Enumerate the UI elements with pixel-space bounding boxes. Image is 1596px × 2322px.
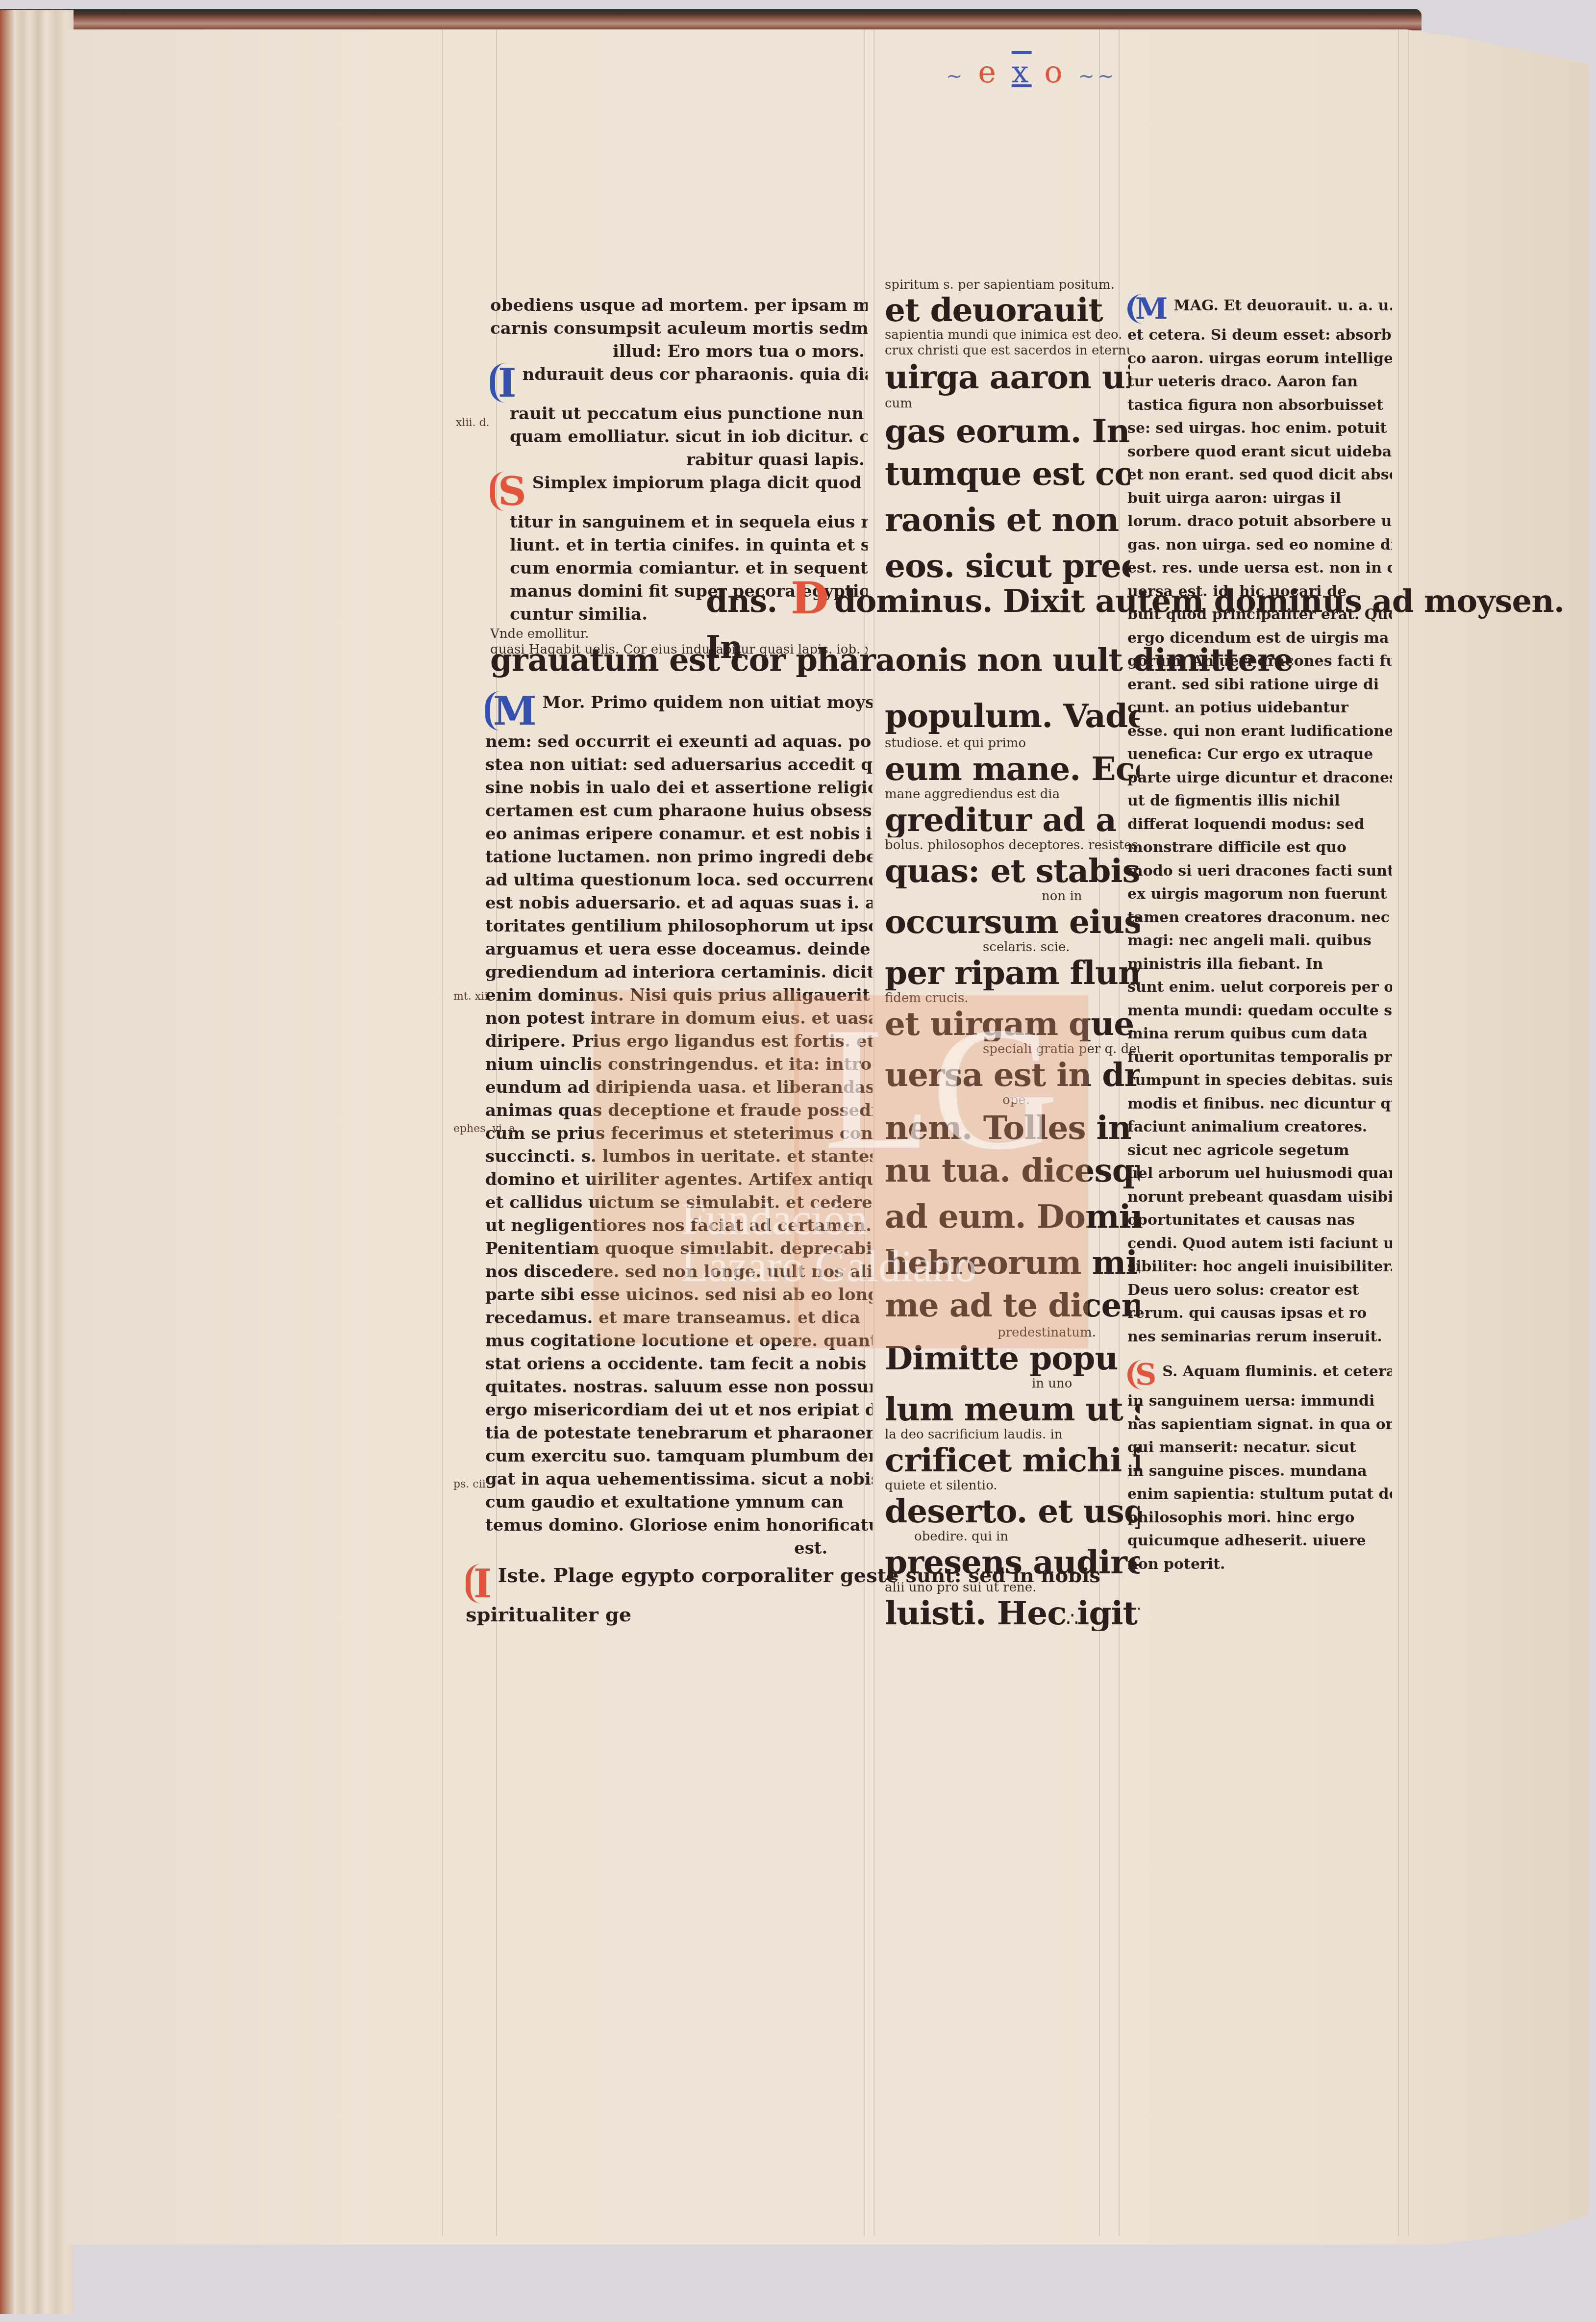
right-gloss-column: MMAG. Et deuorauit. u. a. u. e. et ceter… [1127,294,1392,1576]
gloss-line: tamen creatores draconum. nec [1127,906,1392,930]
gloss-line: est. [485,1537,873,1560]
end-mark: ∴ [1066,1608,1078,1631]
gloss-line: esse. qui non erant ludificatione [1127,720,1392,743]
running-head-letter: e [978,54,999,90]
red-initial: S [490,472,529,511]
gloss-line: ut de figmentis illis nichil [1127,789,1392,813]
gloss-line: illud: Ero mors tua o mors. [490,340,868,363]
gloss-line: norunt prebeant quasdam uisibiles [1127,1186,1392,1209]
flourish-left: ~ [946,65,966,87]
gloss-line: quam emolliatur. sicut in iob dicitur. c… [490,426,868,449]
gloss-line: sorbere quod erant sicut uidebantur. [1127,440,1392,464]
gloss-line: oportunitates et causas nas [1127,1209,1392,1232]
margin-note: xlii. d. [456,417,490,429]
text-line: lum meum ut sa [885,1391,1140,1427]
margin-note: mt. xii. [453,990,491,1003]
gloss-line: tatione luctamen. non primo ingredi debe… [485,846,873,869]
gloss-line: lorum. draco potuit absorbere ui [1127,510,1392,533]
gloss-line: ergo misericordiam dei ut et nos eripiat… [485,1399,873,1422]
text-line: deserto. et usque ad [885,1493,1140,1529]
gloss-line: gas. non uirga. sed eo nomine dicta [1127,533,1392,557]
gloss-line: cunt. an potius uidebantur [1127,696,1392,720]
gloss-line: SS. Aquam fluminis. et cetera. Aqua [1127,1360,1392,1389]
watermark-text: Fundación Lázaro Galdiano [681,1196,976,1290]
text-line: raonis et non audiuit [885,497,1130,543]
blue-initial: M [1127,294,1171,324]
text-line: quas: et stabis in [885,853,1140,888]
ruling-line [1408,29,1409,2236]
gloss-line: quicumque adheserit. uiuere [1127,1529,1392,1553]
gloss-line: rumpunt in species debitas. suis [1127,1069,1392,1092]
gloss-line: gat in aqua uehementissima. sicut a nobi… [485,1468,873,1491]
text-line: et deuorauit [885,293,1130,327]
gloss-line: liunt. et in tertia cinifes. in quinta e… [490,534,868,557]
gloss-line: uel arborum uel huiusmodi quamuis [1127,1162,1392,1186]
gloss-line: sibiliter: hoc angeli inuisibiliter. [1127,1255,1392,1279]
gloss-line: gorum. An ueri dracones facti fu [1127,650,1392,673]
gloss-line: sunt enim. uelut corporeis per omnia ele [1127,976,1392,999]
gloss-line: titur in sanguinem et in sequela eius ra… [490,511,868,534]
gloss-line: philosophis mori. hinc ergo [1127,1506,1392,1530]
gloss-line: buit uirga aaron: uirgas il [1127,487,1392,510]
gloss-line: uersa est. id: hic uocari de [1127,580,1392,604]
text-line: eum mane. Ecce e [885,751,1140,786]
gloss-line: carnis consumpsit aculeum mortis sedm [490,317,868,340]
gloss-line: uenefica: Cur ergo ex utraque [1127,743,1392,766]
text-line: uirga aaron ui [885,358,1130,396]
gloss-line: modo si ueri dracones facti sunt: [1127,859,1392,883]
text-line: per ripam fluminis. [885,955,1140,990]
ruling-line [442,29,443,2236]
running-head: ~ e x o ~~ [946,54,1117,90]
gloss-line: tur ueteris draco. Aaron fan [1127,370,1392,394]
gloss-line: enim sapientia: stultum putat deum [1127,1483,1392,1506]
gloss-line: est nobis aduersario. et ad aquas suas i… [485,892,873,915]
gloss-line: cendi. Quod autem isti faciunt ui [1127,1232,1392,1256]
text-line: crificet michi in [885,1442,1140,1478]
blue-initial: M [485,691,540,731]
gloss-line: stat oriens a occidente. tam fecit a nob… [485,1353,873,1376]
gloss-line: obediens usque ad mortem. per ipsam mort… [490,294,868,317]
gloss-line: ex uirgis magorum non fuerunt [1127,883,1392,906]
gloss-line: et non erant. sed quod dicit absor [1127,463,1392,487]
gloss-line: tia de potestate tenebrarum et pharaonem [485,1422,873,1445]
ruling-line [1398,29,1399,2236]
red-initial: I [466,1564,495,1603]
red-initial: S [1127,1360,1159,1389]
text-line: luisti. Hec igitur [885,1595,1140,1631]
text-line: occursum eius su [885,904,1140,939]
gloss-line: se: sed uirgas. hoc enim. potuit ab [1127,417,1392,440]
gloss-line: MMAG. Et deuorauit. u. a. u. e. [1127,294,1392,324]
gloss-line: nas sapientiam signat. in qua omnis [1127,1413,1392,1437]
gloss-line: cum exercitu suo. tamquam plumbum demer [485,1445,873,1468]
margin-note: ps. cii. [453,1478,489,1490]
gloss-line: ministris illa fiebant. In [1127,953,1392,976]
gloss-line: parte uirge dicuntur et dracones. [1127,766,1392,790]
gloss-line: stea non uitiat: sed aduersarius accedit… [485,754,873,777]
gloss-line: modis et finibus. nec dicuntur quod [1127,1092,1392,1116]
text-line: presens audire no [885,1544,1140,1580]
text-line: gas eorum. Indura [885,411,1130,451]
gloss-line: monstrare difficile est quo [1127,836,1392,859]
running-head-letter: x [1012,54,1032,90]
gloss-line: est. res. unde uersa est. non in quam [1127,556,1392,580]
book-top-edge [0,9,1421,30]
gloss-line: temus domino. Gloriose enim honorificatu… [485,1514,873,1537]
gloss-line: nes seminarias rerum inseruit. [1127,1325,1392,1349]
gloss-line: SSimplex impiorum plaga dicit quod aqua … [490,472,868,511]
gloss-line: et cetera. Si deum esset: absorbuit dra [1127,324,1392,347]
gloss-line: MMor. Primo quidem non uitiat moyses ad … [485,691,873,731]
gloss-line: erant. sed sibi ratione uirge di [1127,673,1392,697]
gloss-line: rabitur quasi lapis. [490,449,868,472]
gloss-line: cum gaudio et exultatione ymnum can [485,1491,873,1514]
flourish-right: ~~ [1078,65,1117,87]
gloss-line: rerum. qui causas ipsas et ro [1127,1302,1392,1325]
gloss-line: ad ultima questionum loca. sed occurrend [485,869,873,892]
center-text-column: spiritum s. per sapientiam positum. et d… [885,277,1130,589]
text-line: eos. sicut preceperat [885,543,1130,589]
gloss-line: quitates. nostras. saluum esse non possu… [485,1376,873,1399]
gloss-line: mina rerum quibus cum data [1127,1022,1392,1046]
text-line: tumque est cor pha [885,451,1130,497]
gloss-line: menta mundi: quedam occulte se [1127,999,1392,1023]
gloss-line: eo animas eripere conamur. et est nobis … [485,823,873,846]
blue-initial: I [490,363,519,403]
gloss-line: ergo dicendum est de uirgis ma [1127,627,1392,650]
gloss-line: arguamus et uera esse doceamus. deinde i… [485,938,873,961]
margin-note: ephes. vi. a [453,1123,515,1135]
gloss-line: Indurauit deus cor pharaonis. quia diabo… [490,363,868,403]
gloss-line: differat loquendi modus: sed [1127,813,1392,836]
gloss-line: fuerit oportunitas temporalis pro [1127,1046,1392,1069]
gloss-line: co aaron. uirgas eorum intelligen [1127,347,1392,371]
gloss-line: qui manserit: necatur. sicut [1127,1436,1392,1460]
gloss-line: sine nobis in ualo dei et assertione rel… [485,777,873,800]
gloss-line: magi: nec angeli mali. quibus [1127,929,1392,953]
text-line: populum. Vade ad [885,696,1140,735]
red-initial-D: D [788,579,831,618]
gloss-line: toritates gentilium philosophorum ut ips… [485,915,873,938]
gloss-line: buit quod principaliter erat. Quod [1127,603,1392,627]
watermark-logo: LG [823,1000,1059,1177]
running-head-letter: o [1044,54,1065,90]
text-line: greditur ad a [885,802,1140,837]
gloss-line: tastica figura non absorbuisset [1127,394,1392,417]
gloss-line: in sanguine pisces. mundana [1127,1460,1392,1483]
gloss-line: sicut nec agricole segetum [1127,1139,1392,1162]
gloss-line: certamen est cum pharaone huius obsessio… [485,800,873,823]
gloss-line: rauit ut peccatum eius punctione nun [490,403,868,426]
gloss-line: faciunt animalium creatores. [1127,1115,1392,1139]
gloss-line: in sanguinem uersa: immundi [1127,1389,1392,1413]
book-fore-edge [0,10,74,2314]
gloss-line: grediendum ad interiora certaminis. dici… [485,961,873,984]
gloss-line: Deus uero solus: creator est [1127,1279,1392,1302]
gloss-line: nem: sed occurrit ei exeunti ad aquas. p… [485,731,873,754]
gloss-line: non poterit. [1127,1553,1392,1576]
